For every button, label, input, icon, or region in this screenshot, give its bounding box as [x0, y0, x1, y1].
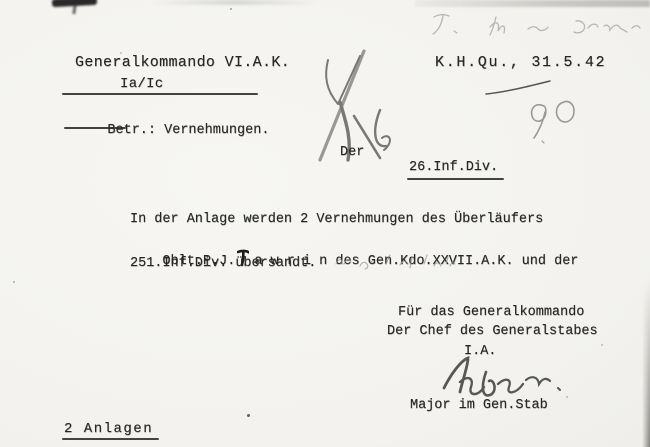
- scan-shadow-right-edge: [642, 280, 650, 447]
- letterhead-section: Ia/Ic: [120, 77, 164, 91]
- scan-smear-tail: [72, 4, 76, 14]
- closing-line-1: Für das Generalkommando: [398, 306, 584, 320]
- body-line-1: In der Anlage werden 2 Vernehmungen des …: [130, 213, 543, 227]
- paper-speck: [566, 396, 568, 398]
- body-line-3: 251.Inf.Div. übersandt.: [130, 257, 316, 271]
- scanned-letter-page: Generalkommando VI.A.K. Ia/Ic K.H.Qu., 3…: [0, 0, 650, 447]
- addressee-unit: 26.Inf.Div.: [409, 161, 498, 175]
- letterhead-underline: [62, 93, 258, 95]
- letterhead-unit: Generalkommando VI.A.K.: [75, 55, 290, 70]
- addressee-salutation: Der: [340, 146, 364, 160]
- subject-text: Vernehmungen.: [156, 123, 269, 138]
- paper-speck: [601, 344, 603, 346]
- addressee-underline: [407, 178, 504, 180]
- subject-line: Betr.: Vernehmungen.: [75, 110, 269, 151]
- pencil-note-inline: [330, 250, 465, 276]
- enclosures-note: 2 Anlagen: [64, 422, 153, 436]
- scan-smudge-top-center: [150, 0, 320, 5]
- enclosures-underline: [62, 438, 159, 440]
- date-underline-stroke: [482, 78, 554, 98]
- paper-speck: [120, 52, 122, 54]
- subject-label: Betr.:: [107, 123, 156, 138]
- closing-line-2: Der Chef des Generalstabes: [387, 325, 598, 339]
- date-line: K.H.Qu., 31.5.42: [435, 55, 606, 70]
- signer-role: Major im Gen.Stab: [410, 399, 548, 413]
- paper-speck: [247, 414, 250, 417]
- paper-speck: [13, 281, 15, 283]
- pencil-note-top-right-scribble: [424, 4, 650, 42]
- paper-speck: [230, 8, 232, 10]
- subject-underline: [64, 127, 126, 129]
- pencil-number-90: [524, 96, 580, 146]
- signature-scrawl: [438, 354, 566, 402]
